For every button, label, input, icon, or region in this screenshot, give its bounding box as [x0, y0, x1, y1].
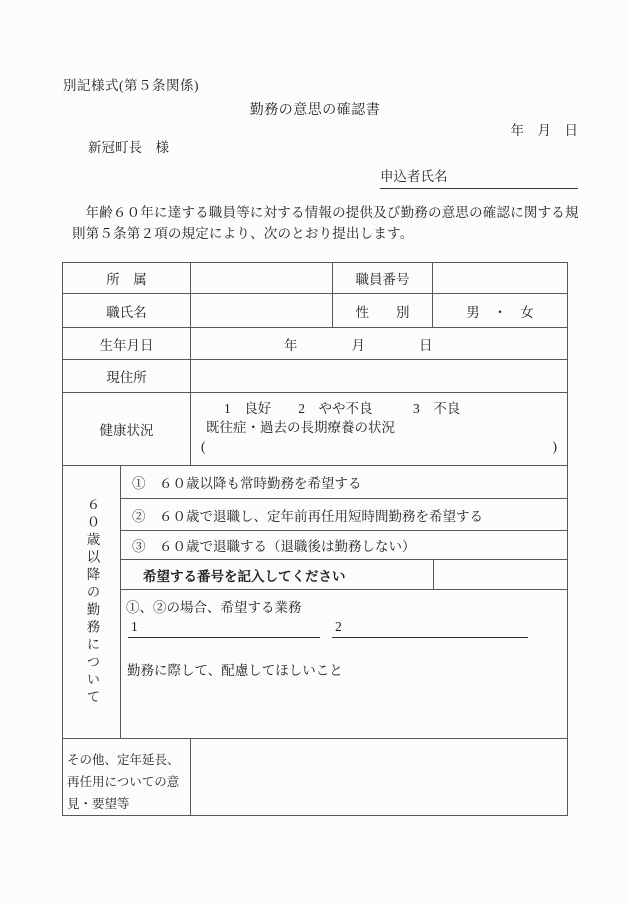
staff-number-label: 職員番号 — [356, 268, 410, 288]
paren-close: ) — [553, 437, 558, 456]
health-label: 健康状況 — [100, 419, 154, 439]
applicant-name-label: 申込者氏名 — [380, 169, 448, 184]
option-1-label: ① ６０歳以降も常時勤務を希望する — [132, 472, 362, 492]
desired-work-cell: ①、②の場合、希望する業務 12 勤務に際して、配慮してほしいこと — [121, 590, 567, 738]
health-history-blank: ( ) — [191, 437, 567, 456]
option-2-row: ② ６０歳で退職し、定年前再任用短時間勤務を希望する — [121, 499, 567, 531]
staff-number-value-cell — [433, 263, 567, 293]
form-code: 別記様式(第５条関係) — [63, 74, 199, 94]
desired-number-blank-cell — [434, 560, 567, 589]
applicant-name-field: 申込者氏名 — [380, 165, 578, 189]
other-opinions-value-cell — [191, 739, 567, 815]
page-title: 勤務の意思の確認書 — [0, 99, 630, 119]
form-table: 所 属 職員番号 職氏名 性 別 男 ・ 女 生年月日 — [62, 262, 568, 816]
address-label: 現住所 — [106, 366, 147, 386]
address-value-cell — [191, 360, 567, 392]
health-label-cell: 健康状況 — [63, 393, 191, 465]
table-row-address: 現住所 — [63, 360, 567, 393]
addressee: 新冠町長 様 — [88, 136, 169, 156]
desired-work-blank-1: 1 — [128, 619, 320, 638]
desired-work-blank-2: 2 — [332, 619, 528, 638]
affiliation-value-cell — [191, 263, 333, 293]
name-label: 職氏名 — [106, 301, 147, 321]
health-history-label: 既往症・過去の長期療養の状況 — [191, 418, 567, 437]
vertical-label-cell: ６０歳以降の勤務について — [63, 466, 121, 738]
gender-label: 性 別 — [356, 301, 410, 321]
paren-open: ( — [201, 437, 206, 456]
consideration-prompt: 勤務に際して、配慮してほしいこと — [127, 659, 567, 679]
name-label-cell: 職氏名 — [63, 294, 191, 327]
option-2-label: ② ６０歳で退職し、定年前再任用短時間勤務を希望する — [132, 505, 483, 525]
intro-paragraph: 年齢６０年に達する職員等に対する情報の提供及び勤務の意思の確認に関する規則第５条… — [72, 203, 579, 244]
desired-number-prompt: 希望する番号を記入してください — [121, 560, 434, 589]
gender-options: 男 ・ 女 — [466, 301, 534, 321]
table-row-affiliation: 所 属 職員番号 — [63, 263, 567, 294]
gender-value-cell: 男 ・ 女 — [433, 294, 567, 327]
option-1-row: ① ６０歳以降も常時勤務を希望する — [121, 466, 567, 499]
staff-number-label-cell: 職員番号 — [333, 263, 433, 293]
name-value-cell — [191, 294, 333, 327]
gender-label-cell: 性 別 — [333, 294, 433, 327]
desired-work-blanks: 12 — [128, 619, 567, 638]
vertical-section-label: ６０歳以降の勤務について — [63, 497, 121, 707]
birthdate-label-cell: 生年月日 — [63, 328, 191, 359]
document-page: 別記様式(第５条関係) 勤務の意思の確認書 年 月 日 新冠町長 様 申込者氏名… — [0, 0, 630, 903]
option-3-row: ③ ６０歳で退職する（退職後は勤務しない） — [121, 531, 567, 560]
birthdate-value-cell: 年 月 日 — [191, 328, 567, 359]
table-row-name: 職氏名 性 別 男 ・ 女 — [63, 294, 567, 328]
option-3-label: ③ ６０歳で退職する（退職後は勤務しない） — [132, 535, 416, 555]
other-opinions-label: その他、定年延長、再任用についての意見・要望等 — [63, 739, 191, 815]
table-row-health: 健康状況 1 良好 2 やや不良 3 不良 既往症・過去の長期療養の状況 ( ) — [63, 393, 567, 466]
birthdate-placeholder: 年 月 日 — [284, 334, 433, 354]
section-work-after-60: ６０歳以降の勤務について ① ６０歳以降も常時勤務を希望する ② ６０歳で退職し… — [63, 466, 567, 739]
work60-content: ① ６０歳以降も常時勤務を希望する ② ６０歳で退職し、定年前再任用短時間勤務を… — [121, 466, 567, 738]
case-prompt: ①、②の場合、希望する業務 — [126, 596, 567, 616]
table-row-birthdate: 生年月日 年 月 日 — [63, 328, 567, 360]
desired-number-row: 希望する番号を記入してください — [121, 560, 567, 590]
address-label-cell: 現住所 — [63, 360, 191, 392]
affiliation-label: 所 属 — [106, 268, 147, 288]
date-line: 年 月 日 — [511, 119, 579, 139]
health-options: 1 良好 2 やや不良 3 不良 — [191, 399, 567, 418]
section-other-opinions: その他、定年延長、再任用についての意見・要望等 — [63, 739, 567, 815]
affiliation-label-cell: 所 属 — [63, 263, 191, 293]
birthdate-label: 生年月日 — [100, 334, 154, 354]
health-value-cell: 1 良好 2 やや不良 3 不良 既往症・過去の長期療養の状況 ( ) — [191, 393, 567, 465]
